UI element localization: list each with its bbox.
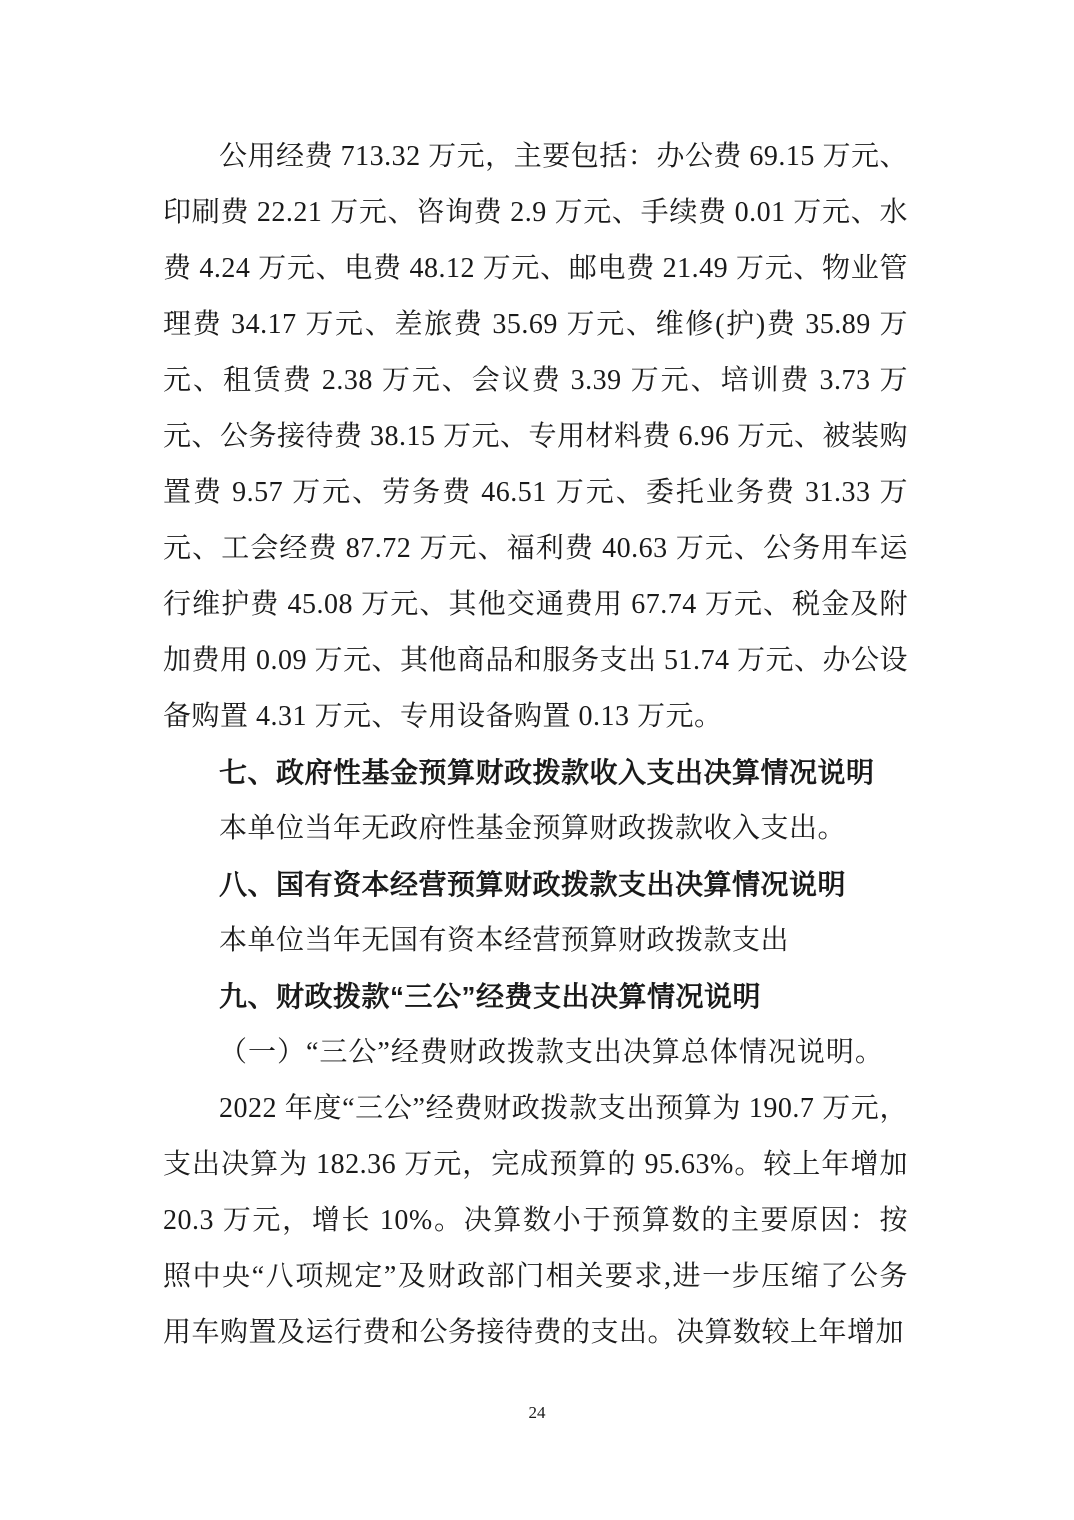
- paragraph-three-public-expenses-detail: 2022 年度“三公”经费财政拨款支出预算为 190.7 万元，支出决算为 18…: [163, 1081, 908, 1361]
- subheading-three-public-overall-situation: （一）“三公”经费财政拨款支出决算总体情况说明。: [163, 1025, 908, 1081]
- paragraph-no-state-capital-expenditure: 本单位当年无国有资本经营预算财政拨款支出: [163, 913, 908, 969]
- heading-section-7-government-fund-budget: 七、政府性基金预算财政拨款收入支出决算情况说明: [163, 745, 908, 801]
- page-number: 24: [0, 1402, 1074, 1424]
- paragraph-public-funds-breakdown: 公用经费 713.32 万元，主要包括：办公费 69.15 万元、印刷费 22.…: [163, 129, 908, 745]
- heading-section-9-three-public-expenses: 九、财政拨款“三公”经费支出决算情况说明: [163, 969, 908, 1025]
- document-body: 公用经费 713.32 万元，主要包括：办公费 69.15 万元、印刷费 22.…: [163, 129, 908, 1361]
- heading-section-8-state-capital-budget: 八、国有资本经营预算财政拨款支出决算情况说明: [163, 857, 908, 913]
- paragraph-no-government-fund-expenditure: 本单位当年无政府性基金预算财政拨款收入支出。: [163, 801, 908, 857]
- document-page: 公用经费 713.32 万元，主要包括：办公费 69.15 万元、印刷费 22.…: [0, 0, 1074, 1520]
